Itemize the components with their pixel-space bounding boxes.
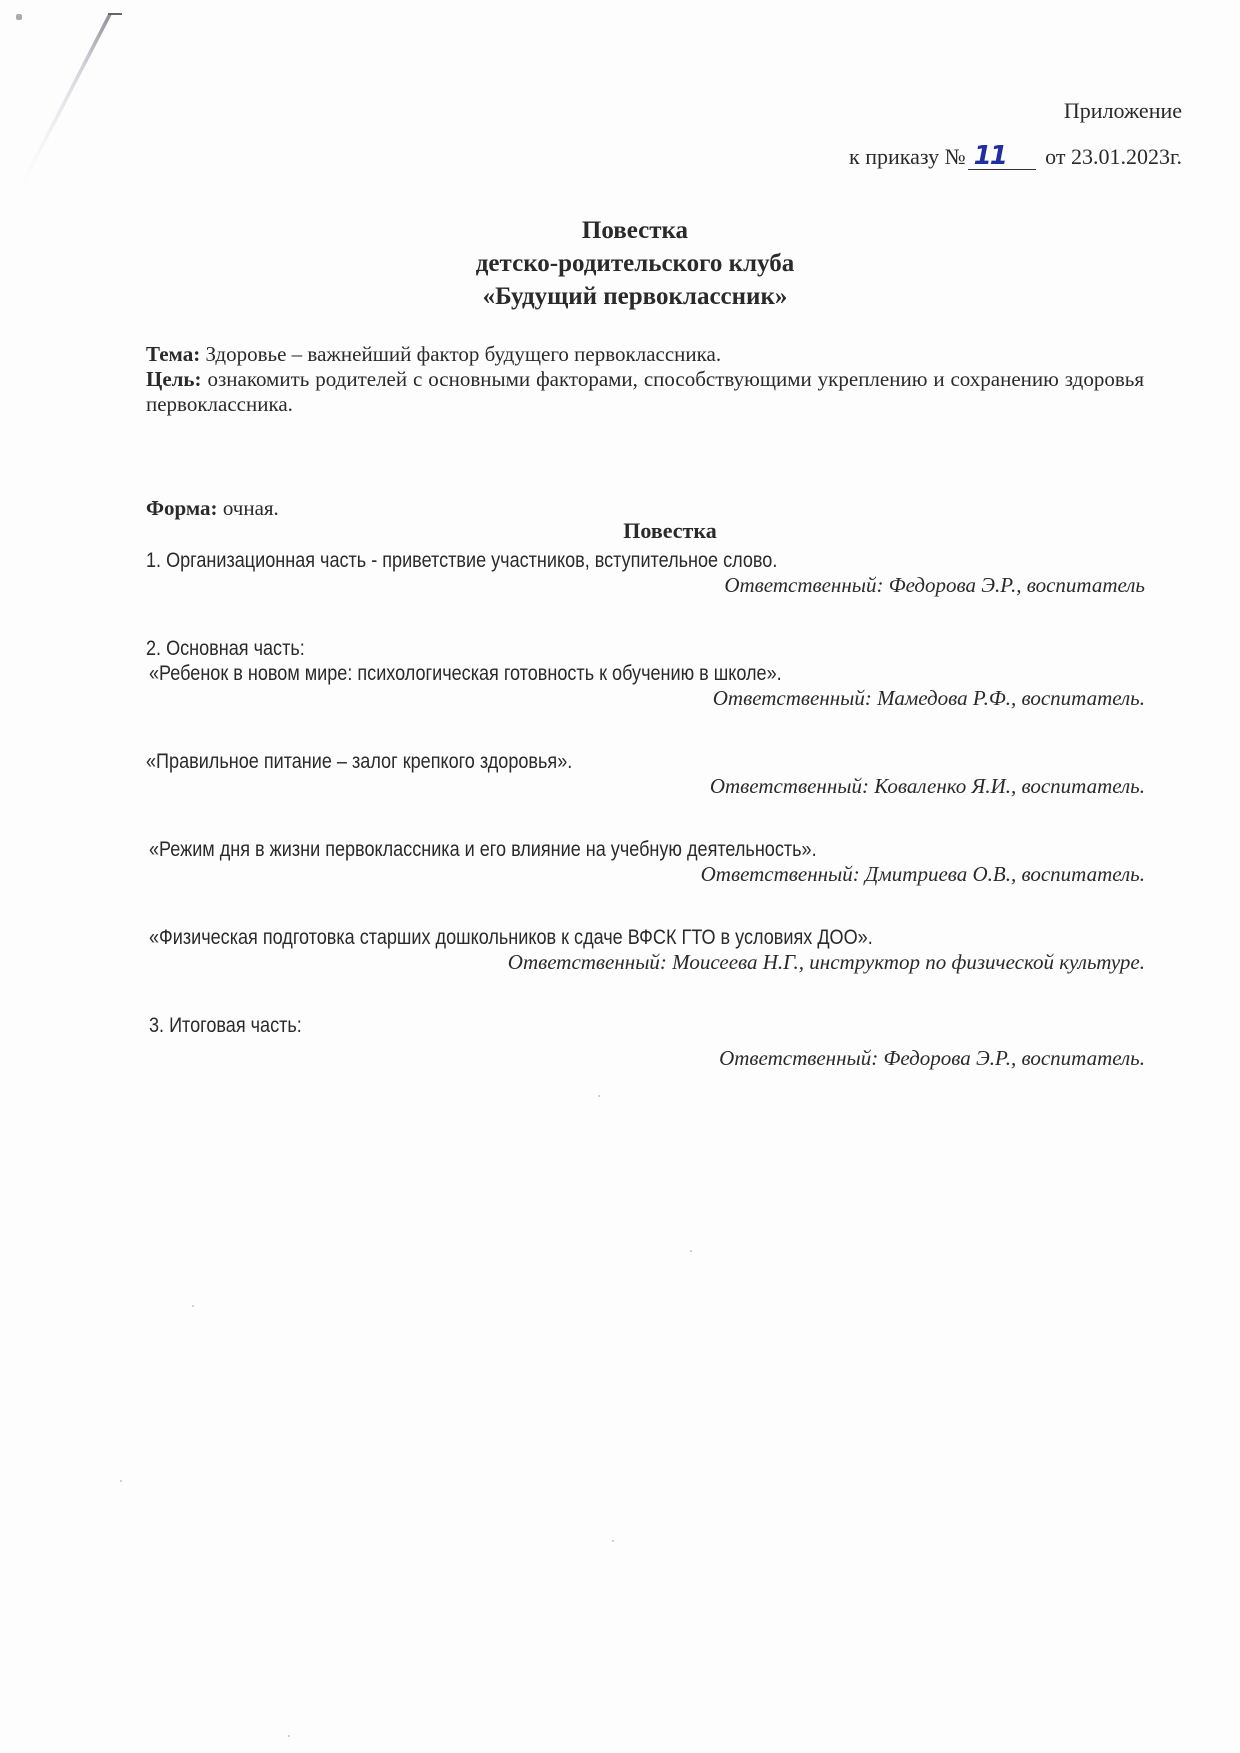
theme-line: Тема: Здоровье – важнейший фактор будуще… <box>146 342 1144 367</box>
theme-value: Здоровье – важнейший фактор будущего пер… <box>205 342 721 366</box>
scan-speck <box>612 1540 614 1542</box>
agenda-heading: Повестка <box>0 518 1240 544</box>
agenda-responsible: Ответственный: Коваленко Я.И., воспитате… <box>146 774 1145 799</box>
agenda-responsible: Ответственный: Мамедова Р.Ф., воспитател… <box>146 686 1145 711</box>
meeting-meta: Тема: Здоровье – важнейший фактор будуще… <box>146 342 1144 417</box>
order-date: от 23.01.2023г. <box>1045 144 1182 169</box>
goal-value: ознакомить родителей с основными фактора… <box>146 367 1144 416</box>
agenda-item-text: 3. Итоговая часть: <box>149 1013 1006 1038</box>
agenda-part-title: 2. Основная часть: <box>146 636 1005 661</box>
document-page: Приложение к приказу №11 от 23.01.2023г.… <box>0 0 1240 1753</box>
scanner-edge-artifact <box>12 12 122 202</box>
scan-speck <box>690 1250 692 1252</box>
order-number-handwritten: 11 <box>968 143 1036 170</box>
scan-speck <box>16 14 22 20</box>
theme-label: Тема: <box>146 342 200 366</box>
title-line-1: Повестка <box>30 214 1240 247</box>
agenda-topic: «Правильное питание – залог крепкого здо… <box>146 749 1005 774</box>
scan-speck <box>120 1480 122 1482</box>
document-title: Повестка детско-родительского клуба «Буд… <box>0 214 1240 313</box>
order-reference: к приказу №11 от 23.01.2023г. <box>849 134 1182 180</box>
form-label: Форма: <box>146 496 218 520</box>
title-line-2: детско-родительского клуба <box>30 247 1240 280</box>
goal-line: Цель: ознакомить родителей с основными ф… <box>146 367 1144 417</box>
agenda-topic: «Ребенок в новом мире: психологическая г… <box>149 661 1006 686</box>
agenda-responsible: Ответственный: Федорова Э.Р., воспитател… <box>146 573 1145 598</box>
agenda-list: 1. Организационная часть - приветствие у… <box>146 548 1145 1109</box>
title-line-3: «Будущий первоклассник» <box>30 280 1240 313</box>
form-value: очная. <box>223 496 279 520</box>
scan-speck <box>288 1735 290 1737</box>
scan-speck <box>192 1305 194 1307</box>
agenda-responsible: Ответственный: Дмитриева О.В., воспитате… <box>146 862 1145 887</box>
order-prefix: к приказу № <box>849 144 966 169</box>
agenda-responsible: Ответственный: Федорова Э.Р., воспитател… <box>146 1046 1145 1071</box>
agenda-topic: «Режим дня в жизни первоклассника и его … <box>149 837 1006 862</box>
goal-label: Цель: <box>146 367 202 391</box>
agenda-topic-block: «Режим дня в жизни первоклассника и его … <box>146 837 1145 887</box>
agenda-topic-block: «Правильное питание – залог крепкого здо… <box>146 749 1145 799</box>
agenda-topic-block: «Физическая подготовка старших дошкольни… <box>146 925 1145 975</box>
agenda-topic: «Физическая подготовка старших дошкольни… <box>149 925 1006 950</box>
appendix-header: Приложение к приказу №11 от 23.01.2023г. <box>849 88 1182 180</box>
agenda-part-3: 3. Итоговая часть: Ответственный: Федоро… <box>146 1013 1145 1071</box>
agenda-item-text: 1. Организационная часть - приветствие у… <box>146 548 1005 573</box>
agenda-part-2: 2. Основная часть: «Ребенок в новом мире… <box>146 636 1145 711</box>
agenda-responsible: Ответственный: Моисеева Н.Г., инструктор… <box>146 950 1145 975</box>
agenda-part-1: 1. Организационная часть - приветствие у… <box>146 548 1145 598</box>
appendix-label: Приложение <box>849 88 1182 134</box>
